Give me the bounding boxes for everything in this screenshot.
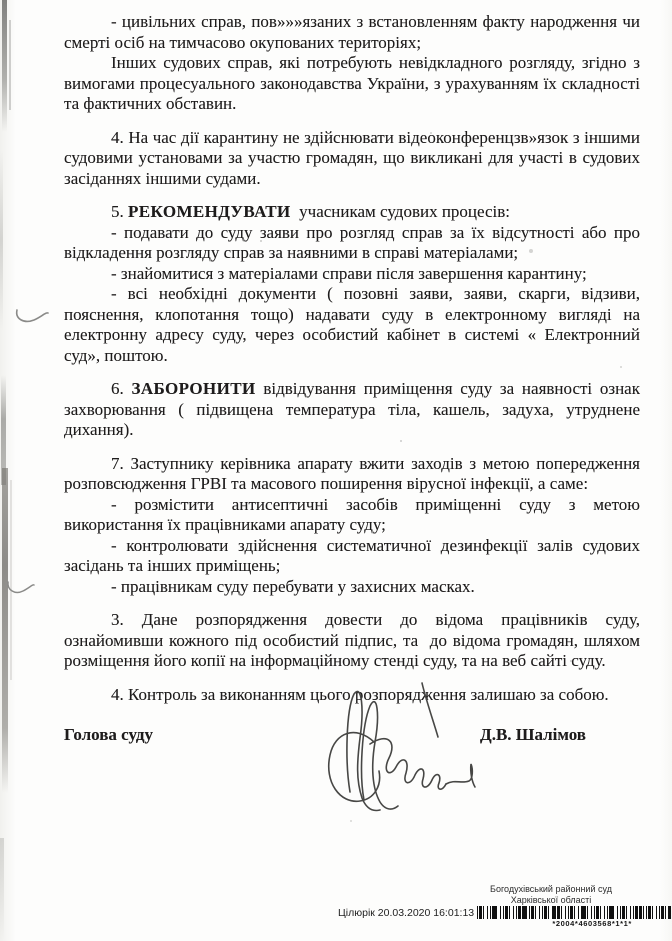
text-segment: учасникам судових процесів: [291,202,510,221]
paragraph: 3. Дане розпорядження довести до відома … [64,610,640,672]
paragraph: - цивільних справ, пов»»»язаних з встано… [64,12,640,53]
text-segment: - контролювати здійснення систематичної … [64,536,640,576]
paragraph: - контролювати здійснення систематичної … [64,536,640,577]
text-segment: - подавати до суду заяви про розгляд спр… [64,223,640,263]
stamp-date-text: Цілюрік 20.03.2020 16:01:13 [338,907,474,919]
court-name-line1: Богодухівський районний суд [438,884,664,895]
paragraph: - працівникам суду перебувати у захисних… [64,577,640,598]
registration-stamp: Богодухівський районний суд Харківської … [338,884,664,928]
paragraph: Інших судових справ, які потребують неві… [64,53,640,115]
scanned-document-page: - цивільних справ, пов»»»язаних з встано… [0,0,672,941]
paragraph: 6. ЗАБОРОНИТИ відвідування приміщення су… [64,379,640,441]
barcode-number: *2004*4603568*1*1* [477,919,672,928]
handwritten-signature-icon [322,680,497,845]
paragraph: - подавати до суду заяви про розгляд спр… [64,223,640,264]
paragraph: - всі необхідні документи ( позовні заяв… [64,284,640,366]
text-segment: - знайомитися з матеріалами справи після… [111,264,587,283]
scan-streak [0,838,4,941]
text-segment: - працівникам суду перебувати у захисних… [111,577,475,596]
text-segment: 5. [111,202,128,221]
barcode-image [477,906,672,919]
text-segment: 4. На час дії карантину не здійснювати в… [64,128,640,188]
text-segment: ЗАБОРОНИТИ [131,379,255,398]
court-name-line2: Харківської області [438,895,664,906]
paragraph: 5. РЕКОМЕНДУВАТИ учасникам судових проце… [64,202,640,223]
paragraph: - знайомитися з матеріалами справи після… [64,264,640,285]
paragraph: - розмістити антисептичні засобів приміщ… [64,495,640,536]
text-segment: 3. Дане розпорядження довести до відома … [64,610,640,670]
text-segment: - цивільних справ, пов»»»язаних з встано… [64,12,640,52]
text-segment: - розмістити антисептичні засобів приміщ… [64,495,640,535]
text-segment: 7. Заступнику керівника апарату вжити за… [64,454,640,494]
paragraph: 4. На час дії карантину не здійснювати в… [64,128,640,190]
paragraph: 7. Заступнику керівника апарату вжити за… [64,454,640,495]
text-segment: РЕКОМЕНДУВАТИ [128,202,291,221]
text-segment: 6. [111,379,131,398]
text-segment: - всі необхідні документи ( позовні заяв… [64,284,640,365]
signer-position-label: Голова суду [64,725,153,745]
document-body: - цивільних справ, пов»»»язаних з встано… [0,0,672,705]
text-segment: Інших судових справ, які потребують неві… [64,53,640,113]
